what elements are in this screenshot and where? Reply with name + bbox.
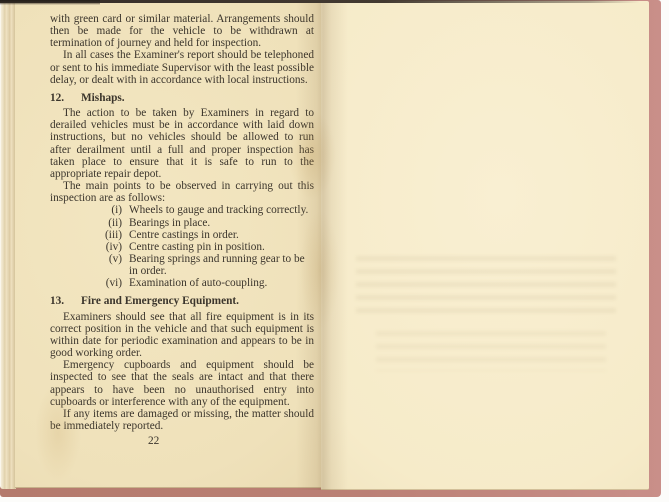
list-item-numeral: (v) xyxy=(88,253,129,277)
list-item: (vi) Examination of auto-coupling. xyxy=(88,277,314,289)
paragraph-fire-equipment: Examiners should see that all fire equip… xyxy=(50,311,314,360)
list-item-numeral: (ii) xyxy=(88,217,129,229)
list-item-text: Bearings in place. xyxy=(129,217,314,229)
page-text-block: with green card or similar material. Arr… xyxy=(50,13,314,447)
showthrough-ghost xyxy=(376,331,606,371)
top-edge-shadow xyxy=(0,0,100,5)
list-item-numeral: (iii) xyxy=(88,229,129,241)
list-item-text: Examination of auto-coupling. xyxy=(129,277,314,289)
list-item-text: Centre casting pin in position. xyxy=(129,241,314,253)
list-item-text: Wheels to gauge and tracking correctly. xyxy=(129,204,314,216)
paragraph-mishaps-action: The action to be taken by Examiners in r… xyxy=(50,107,314,180)
list-item-numeral: (iv) xyxy=(88,241,129,253)
paragraph-continuation: with green card or similar material. Arr… xyxy=(50,13,314,49)
list-item: (iv) Centre casting pin in position. xyxy=(88,241,314,253)
list-item-text: Bearing springs and running gear to be i… xyxy=(129,253,314,277)
paragraph-damaged-items: If any items are damaged or missing, the… xyxy=(50,408,314,432)
book-cover: with green card or similar material. Arr… xyxy=(0,0,661,497)
paragraph-main-points: The main points to be observed in carryi… xyxy=(50,180,314,204)
paragraph-examiners-report: In all cases the Examiner's report shoul… xyxy=(50,49,314,85)
list-item: (ii) Bearings in place. xyxy=(88,217,314,229)
list-item: (i) Wheels to gauge and tracking correct… xyxy=(88,204,314,216)
paragraph-emergency-cupboards: Emergency cupboards and equipment should… xyxy=(50,359,314,408)
page-number: 22 xyxy=(148,435,159,447)
section-heading-13: 13.Fire and Emergency Equipment. xyxy=(50,295,314,307)
section-number: 12. xyxy=(50,92,81,104)
list-item: (v) Bearing springs and running gear to … xyxy=(88,253,314,277)
section-title: Fire and Emergency Equipment. xyxy=(81,295,239,307)
list-item: (iii) Centre castings in order. xyxy=(88,229,314,241)
left-page: with green card or similar material. Arr… xyxy=(15,3,321,488)
page-edge-stack xyxy=(0,2,16,489)
section-heading-12: 12.Mishaps. xyxy=(50,92,314,104)
scanned-book-photo: with green card or similar material. Arr… xyxy=(0,0,669,502)
list-item-numeral: (vi) xyxy=(88,277,129,289)
section-number: 13. xyxy=(50,295,81,307)
list-item-text: Centre castings in order. xyxy=(129,229,314,241)
right-page-blank xyxy=(321,1,649,490)
showthrough-ghost xyxy=(356,256,616,316)
section-title: Mishaps. xyxy=(81,92,125,104)
list-item-numeral: (i) xyxy=(88,204,129,216)
inspection-list: (i) Wheels to gauge and tracking correct… xyxy=(50,204,314,289)
